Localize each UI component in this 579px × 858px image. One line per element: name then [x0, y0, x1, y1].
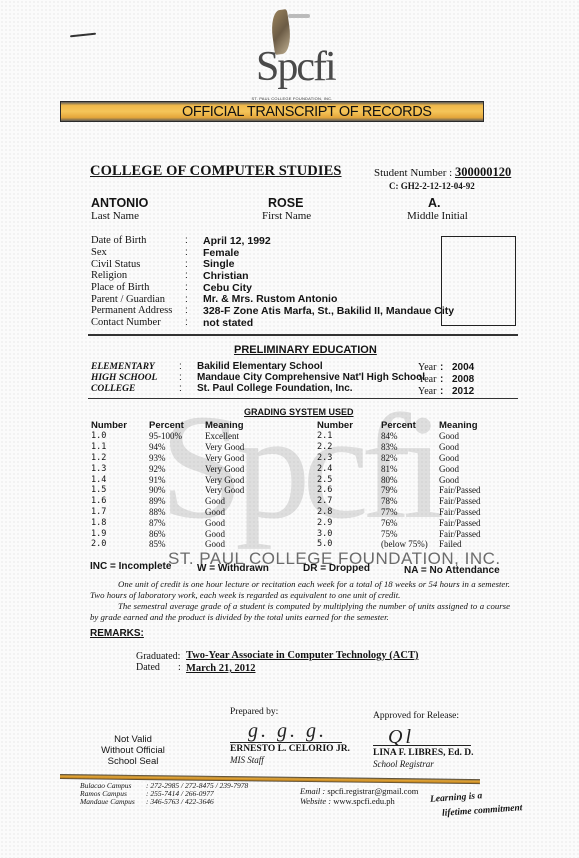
- grade-meaning: Very Good: [205, 475, 285, 485]
- grade-percent: 93%: [149, 453, 205, 463]
- info-value: 328-F Zone Atis Marfa, St., Bakilid II, …: [203, 305, 454, 317]
- grade-number: 1.6: [91, 496, 149, 506]
- grade-number: 1.9: [91, 529, 149, 539]
- colon: :: [185, 247, 203, 258]
- info-label: Contact Number: [91, 317, 185, 328]
- transcript-page: Spcfi ST. PAUL COLLEGE FOUNDATION, INC. …: [0, 0, 579, 858]
- grade-number: 2.1: [317, 431, 381, 441]
- grade-meaning: Good: [205, 529, 285, 539]
- grade-meaning: Good: [439, 442, 519, 452]
- preparer-signature: g. g. g.: [248, 720, 327, 743]
- grade-number: 1.0: [91, 431, 149, 441]
- education-year: Year:2008: [418, 374, 474, 385]
- header-number: Number: [91, 420, 149, 431]
- preparer-title: MIS Staff: [230, 755, 264, 765]
- header-percent: Percent: [381, 420, 439, 431]
- middle-initial-value: A.: [428, 196, 441, 210]
- motto-line-1: Learning is a: [430, 791, 483, 805]
- grade-percent: 92%: [149, 464, 205, 474]
- year-label: Year: [418, 362, 440, 373]
- colon: :: [185, 305, 203, 316]
- year-label: Year: [418, 386, 440, 397]
- grade-percent: 81%: [381, 464, 439, 474]
- seal-note-line: Without Official: [98, 745, 168, 756]
- signature-line: [230, 742, 342, 743]
- grade-percent: 79%: [381, 485, 439, 495]
- grading-row: 2.184%Good: [317, 431, 519, 442]
- last-name-value: ANTONIO: [91, 196, 148, 210]
- grading-row: 3.075%Fair/Passed: [317, 528, 519, 539]
- info-row: Civil Status:Single: [91, 258, 454, 270]
- seal-note-line: Not Valid: [98, 734, 168, 745]
- info-label: Permanent Address: [91, 305, 185, 316]
- grade-percent: 85%: [149, 539, 205, 549]
- colon: :: [185, 235, 203, 246]
- grade-percent: 90%: [149, 485, 205, 495]
- year-label: Year: [418, 374, 440, 385]
- grade-percent: 95-100%: [149, 431, 205, 441]
- year-value: 2012: [452, 386, 474, 397]
- info-value: Female: [203, 247, 239, 259]
- grade-number: 2.3: [317, 453, 381, 463]
- grade-meaning: Fair/Passed: [439, 496, 519, 506]
- school-name: Mandaue City Comprehensive Nat'l High Sc…: [197, 372, 425, 383]
- grade-percent: 87%: [149, 518, 205, 528]
- grade-percent: 89%: [149, 496, 205, 506]
- education-year: Year:2004: [418, 362, 474, 373]
- email-label: Email :: [300, 786, 325, 796]
- grading-row: 1.194%Very Good: [91, 442, 285, 453]
- grading-table-left: Number Percent Meaning 1.095-100%Excelle…: [91, 420, 285, 550]
- grade-meaning: Very Good: [205, 442, 285, 452]
- colon: :: [185, 259, 203, 270]
- registrar-name: LINA F. LIBRES, Ed. D.: [373, 748, 474, 758]
- grade-number: 5.0: [317, 539, 381, 549]
- grade-percent: 83%: [381, 442, 439, 452]
- first-name-label: First Name: [262, 210, 311, 222]
- colon: :: [440, 362, 452, 373]
- grade-meaning: Good: [439, 475, 519, 485]
- signature-line: [373, 745, 471, 746]
- grade-number: 1.4: [91, 475, 149, 485]
- education-row: COLLEGE:St. Paul College Foundation, Inc…: [91, 383, 353, 394]
- grading-row: 1.491%Very Good: [91, 474, 285, 485]
- first-name-value: ROSE: [268, 196, 303, 210]
- grade-percent: 94%: [149, 442, 205, 452]
- grade-percent: 78%: [381, 496, 439, 506]
- school-name: Bakilid Elementary School: [197, 361, 323, 372]
- grade-percent: 84%: [381, 431, 439, 441]
- credit-note: One unit of credit is one hour lecture o…: [90, 579, 510, 601]
- colon: :: [179, 372, 197, 383]
- education-row: HIGH SCHOOL:Mandaue City Comprehensive N…: [91, 372, 425, 383]
- student-number-label: Student Number :: [374, 167, 452, 179]
- info-value: Christian: [203, 270, 249, 282]
- grade-meaning: Good: [439, 453, 519, 463]
- grading-row: 1.293%Very Good: [91, 453, 285, 464]
- education-level: COLLEGE: [91, 384, 179, 394]
- grade-number: 1.1: [91, 442, 149, 452]
- remarks-title: REMARKS:: [90, 628, 144, 639]
- grade-number: 1.2: [91, 453, 149, 463]
- info-label: Parent / Guardian: [91, 294, 185, 305]
- email-link[interactable]: spcfi.registrar@gmail.com: [327, 786, 418, 796]
- grade-meaning: Excellent: [205, 431, 285, 441]
- year-value: 2004: [452, 362, 474, 373]
- legend-no-attendance: NA = No Attendance: [404, 565, 500, 576]
- grading-row: 2.976%Fair/Passed: [317, 517, 519, 528]
- grading-row: 2.679%Fair/Passed: [317, 485, 519, 496]
- grade-percent: 76%: [381, 518, 439, 528]
- campus-phones: : 346-5763 / 422-3646: [146, 797, 214, 806]
- grade-number: 2.0: [91, 539, 149, 549]
- preliminary-education-title: PRELIMINARY EDUCATION: [234, 344, 377, 356]
- legend-incomplete: INC = Incomplete: [90, 561, 171, 572]
- header-meaning: Meaning: [439, 420, 519, 431]
- grade-percent: 86%: [149, 529, 205, 539]
- grade-meaning: Fair/Passed: [439, 485, 519, 495]
- motto-line-2: lifetime commitment: [442, 803, 523, 819]
- colon: :: [185, 294, 203, 305]
- last-name-label: Last Name: [91, 210, 139, 222]
- grade-number: 2.9: [317, 518, 381, 528]
- approved-by-label: Approved for Release:: [373, 711, 459, 721]
- school-logo: Spcfi: [252, 4, 332, 100]
- grading-row: 2.877%Fair/Passed: [317, 507, 519, 518]
- grading-row: 1.986%Good: [91, 528, 285, 539]
- email-row: Email : spcfi.registrar@gmail.com: [300, 786, 418, 796]
- school-name: St. Paul College Foundation, Inc.: [197, 383, 353, 394]
- grading-row: 1.095-100%Excellent: [91, 431, 285, 442]
- website-label: Website :: [300, 796, 331, 806]
- dated-value: March 21, 2012: [186, 663, 256, 674]
- divider: [88, 398, 518, 399]
- grade-percent: 82%: [381, 453, 439, 463]
- grading-row: 1.689%Good: [91, 496, 285, 507]
- colon: :: [185, 270, 203, 281]
- grade-percent: 80%: [381, 475, 439, 485]
- document-title: OFFICIAL TRANSCRIPT OF RECORDS: [182, 104, 432, 120]
- grade-number: 2.5: [317, 475, 381, 485]
- grade-number: 2.4: [317, 464, 381, 474]
- grading-row: 1.590%Very Good: [91, 485, 285, 496]
- seal-note-line: School Seal: [98, 756, 168, 767]
- logo-wordmark: Spcfi: [256, 46, 335, 88]
- grading-header: Number Percent Meaning: [317, 420, 519, 431]
- grade-meaning: Fair/Passed: [439, 518, 519, 528]
- prepared-by-label: Prepared by:: [230, 707, 278, 717]
- grading-row: 1.788%Good: [91, 507, 285, 518]
- colon: :: [440, 386, 452, 397]
- grading-row: 1.392%Very Good: [91, 463, 285, 474]
- info-row: Sex:Female: [91, 247, 454, 259]
- grade-meaning: Fair/Passed: [439, 529, 519, 539]
- grade-number: 1.7: [91, 507, 149, 517]
- grading-row: 1.887%Good: [91, 517, 285, 528]
- info-value: not stated: [203, 317, 253, 329]
- grade-number: 1.8: [91, 518, 149, 528]
- grade-meaning: Good: [205, 507, 285, 517]
- grade-number: 1.3: [91, 464, 149, 474]
- grade-meaning: Very Good: [205, 464, 285, 474]
- grade-number: 1.5: [91, 485, 149, 495]
- colon: :: [179, 361, 197, 372]
- student-code: C: GH2-2-12-12-04-92: [389, 181, 475, 191]
- average-note: The semestral average grade of a student…: [90, 601, 510, 623]
- preparer-name: ERNESTO L. CELORIO JR.: [230, 744, 350, 754]
- grade-number: 3.0: [317, 529, 381, 539]
- grading-system-title: GRADING SYSTEM USED: [244, 407, 354, 417]
- grading-header: Number Percent Meaning: [91, 420, 285, 431]
- dated-colon: :: [178, 662, 181, 673]
- grading-row: 2.481%Good: [317, 463, 519, 474]
- colon: :: [185, 317, 203, 328]
- seal-note: Not Valid Without Official School Seal: [98, 734, 168, 767]
- info-label: Date of Birth: [91, 235, 185, 246]
- photo-placeholder: [441, 236, 516, 326]
- grade-meaning: Good: [439, 464, 519, 474]
- info-value: Mr. & Mrs. Rustom Antonio: [203, 293, 337, 305]
- smoke-icon: [288, 14, 310, 18]
- info-value: Cebu City: [203, 282, 252, 294]
- grading-row: 2.778%Fair/Passed: [317, 496, 519, 507]
- info-row: Religion:Christian: [91, 270, 454, 282]
- personal-info: Date of Birth:April 12, 1992 Sex:Female …: [91, 235, 454, 329]
- colon: :: [179, 383, 197, 394]
- year-value: 2008: [452, 374, 474, 385]
- grade-number: 2.2: [317, 442, 381, 452]
- grading-row: 2.283%Good: [317, 442, 519, 453]
- graduated-label: Graduated:: [136, 651, 180, 662]
- legend-withdrawn: W = Withdrawn: [197, 563, 269, 574]
- grade-meaning: Fair/Passed: [439, 507, 519, 517]
- student-number-value: 300000120: [455, 165, 511, 180]
- education-row: ELEMENTARY:Bakilid Elementary School: [91, 361, 323, 372]
- stray-pen-mark: [70, 33, 96, 38]
- grading-row: 2.580%Good: [317, 474, 519, 485]
- grade-meaning: Good: [439, 431, 519, 441]
- grade-number: 2.8: [317, 507, 381, 517]
- grade-percent: (below 75%): [381, 539, 439, 549]
- dated-label: Dated: [136, 662, 160, 673]
- grade-meaning: Good: [205, 539, 285, 549]
- campus-row: Mandaue Campus: 346-5763 / 422-3646: [80, 797, 214, 806]
- grade-percent: 88%: [149, 507, 205, 517]
- header-percent: Percent: [149, 420, 205, 431]
- graduated-value: Two-Year Associate in Computer Technolog…: [186, 650, 418, 661]
- info-label: Civil Status: [91, 259, 185, 270]
- grade-percent: 91%: [149, 475, 205, 485]
- grade-number: 2.6: [317, 485, 381, 495]
- colon: :: [185, 282, 203, 293]
- info-row: Parent / Guardian:Mr. & Mrs. Rustom Anto…: [91, 293, 454, 305]
- education-level: ELEMENTARY: [91, 362, 179, 372]
- grade-percent: 75%: [381, 529, 439, 539]
- legend-dropped: DR = Dropped: [303, 563, 370, 574]
- info-row: Contact Number:not stated: [91, 317, 454, 329]
- education-level: HIGH SCHOOL: [91, 373, 179, 383]
- grade-meaning: Very Good: [205, 453, 285, 463]
- grade-meaning: Good: [205, 496, 285, 506]
- grading-table-right: Number Percent Meaning 2.184%Good2.283%G…: [317, 420, 519, 550]
- grade-meaning: Good: [205, 518, 285, 528]
- college-name: COLLEGE OF COMPUTER STUDIES: [90, 163, 342, 180]
- header-meaning: Meaning: [205, 420, 285, 431]
- grade-meaning: Failed: [439, 539, 519, 549]
- info-label: Sex: [91, 247, 185, 258]
- info-label: Religion: [91, 270, 185, 281]
- divider: [88, 334, 518, 336]
- website-row: Website : www.spcfi.edu.ph: [300, 796, 395, 806]
- grade-percent: 77%: [381, 507, 439, 517]
- grade-meaning: Very Good: [205, 485, 285, 495]
- info-value: Single: [203, 258, 235, 270]
- education-year: Year:2012: [418, 386, 474, 397]
- info-label: Place of Birth: [91, 282, 185, 293]
- campus-name: Mandaue Campus: [80, 797, 146, 806]
- colon: :: [440, 374, 452, 385]
- info-row: Date of Birth:April 12, 1992: [91, 235, 454, 247]
- middle-initial-label: Middle Initial: [407, 210, 468, 222]
- header-number: Number: [317, 420, 381, 431]
- info-row: Place of Birth:Cebu City: [91, 282, 454, 294]
- info-value: April 12, 1992: [203, 235, 271, 247]
- grading-row: 2.382%Good: [317, 453, 519, 464]
- website-link[interactable]: www.spcfi.edu.ph: [333, 796, 395, 806]
- grade-number: 2.7: [317, 496, 381, 506]
- registrar-title: School Registrar: [373, 759, 434, 769]
- info-row: Permanent Address:328-F Zone Atis Marfa,…: [91, 305, 454, 317]
